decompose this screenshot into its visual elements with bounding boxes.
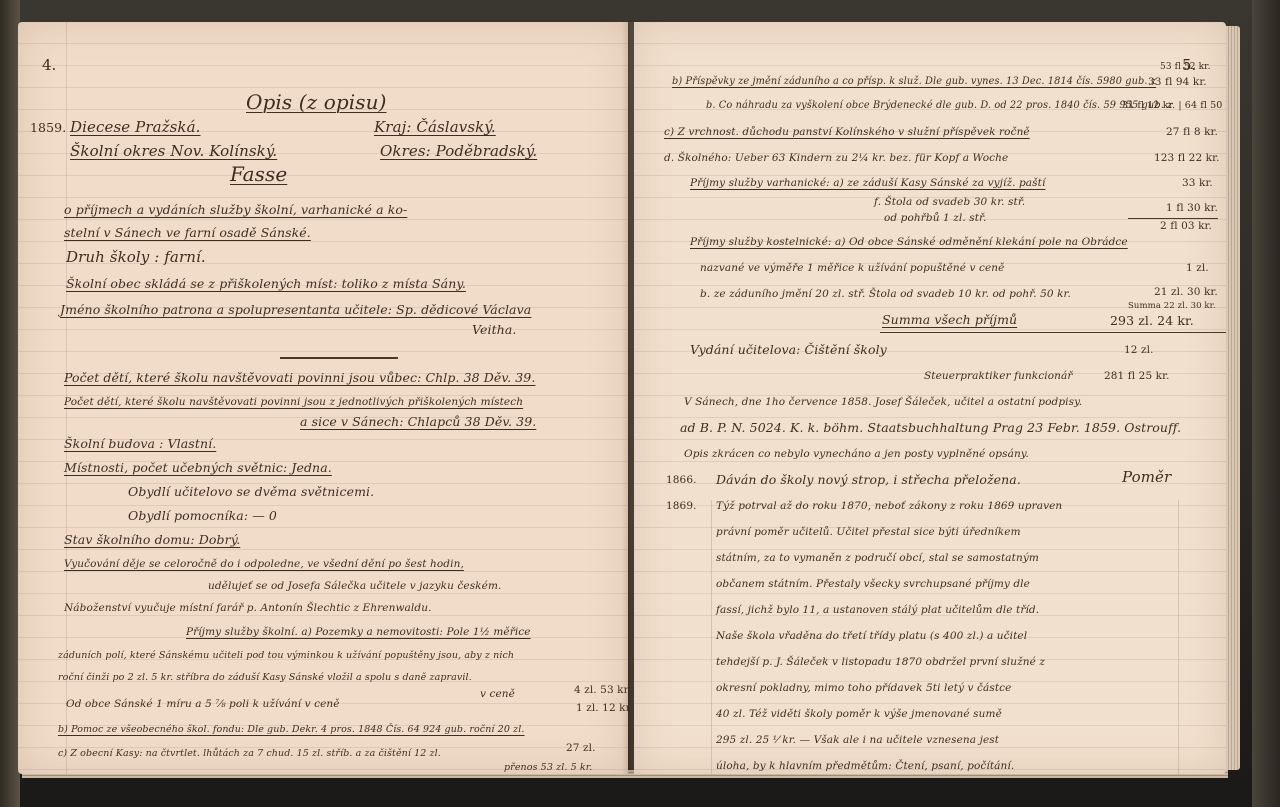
divider xyxy=(1128,218,1218,219)
text-line: Obydlí pomocníka: — 0 xyxy=(128,508,277,523)
book-cover-left-edge xyxy=(0,0,20,807)
text-line: Obydlí učitelovo se dvěma světnicemi. xyxy=(128,484,374,499)
chronicle-tag: Poměr xyxy=(1122,468,1171,486)
text-line: c) Z obecní Kasy: na čtvrtlet. lhůtách z… xyxy=(58,748,441,759)
text-line: záduních polí, které Sánskému učiteli po… xyxy=(58,650,514,661)
text-line: b. ze záduního jmění 20 zl. stř. Štola o… xyxy=(700,288,1071,300)
chronicle-text: 40 zl. Též viděti školy poměr k výše jme… xyxy=(716,708,1002,720)
book-cover-right-edge xyxy=(1252,0,1280,807)
chronicle-year: 1869. xyxy=(666,500,697,512)
amount: 281 fl 25 kr. xyxy=(1104,370,1170,382)
text-line: Steuerpraktiker funkcionář xyxy=(924,370,1072,382)
text-line: b) Příspěvky ze jmění záduního a co přís… xyxy=(672,76,1156,87)
text-line: Vyučování děje se celoročně do i odpoled… xyxy=(64,558,464,570)
amount: 12 zl. xyxy=(1124,344,1154,356)
v-cene-label: v ceně xyxy=(480,688,515,700)
chronicle-text: okresní pokladny, mimo toho přídavek 5ti… xyxy=(716,682,1011,694)
prenos-carryover: přenos 53 zl. 5 kr. xyxy=(504,762,592,773)
amount: 27 zl. xyxy=(566,742,596,754)
text-line: Od obce Sánské 1 míru a 5 ⅞ poli k užívá… xyxy=(66,698,340,710)
amount: 1 zl. xyxy=(1186,262,1209,274)
chronicle-text: Naše škola vřaděna do třetí třídy platu … xyxy=(716,630,1027,642)
chronicle-text: občanem státním. Přestaly všecky svrchup… xyxy=(716,578,1030,590)
chronicle-text: úloha, by k hlavním předmětům: Čtení, ps… xyxy=(716,760,1014,772)
chronicle-text: státním, za to vymaněn z područí obcí, s… xyxy=(716,552,1039,564)
text-line: stelní v Sánech ve farní osadě Sánské. xyxy=(64,225,311,240)
text-line: roční činži po 2 zl. 5 kr. stříbra do zá… xyxy=(58,672,472,683)
signature-line: V Sánech, dne 1ho července 1858. Josef Š… xyxy=(684,396,1082,408)
text-line: Jméno školního patrona a spolupresentant… xyxy=(60,302,531,317)
subtitle-fasse: Fasse xyxy=(230,162,287,186)
right-page: 5. b) Příspěvky ze jmění záduního a co p… xyxy=(634,22,1226,774)
chronicle-text: Týž potrval až do roku 1870, neboť zákon… xyxy=(716,500,1062,512)
year-margin: 1859. xyxy=(30,120,66,135)
chronicle-text: právní poměr učitelů. Učitel přestal sic… xyxy=(716,526,1021,538)
text-line: Počet dětí, které školu navštěvovati pov… xyxy=(64,396,523,408)
amount-total: 293 zl. 24 kr. xyxy=(1110,313,1194,328)
amount: 1 fl 30 kr. xyxy=(1166,202,1218,214)
page-stack-edge xyxy=(1226,26,1240,770)
amount: 4 zl. 53 kr. xyxy=(574,684,628,696)
text-line: Školní obec skládá se z přiškolených mís… xyxy=(66,276,466,291)
divider xyxy=(280,357,398,359)
left-page: 4. Opis (z opisu) 1859. Diecese Pražská.… xyxy=(18,22,628,774)
amount: 33 fl 94 kr. xyxy=(1148,76,1207,88)
text-line: nazvané ve výměře 1 měřice k užívání pop… xyxy=(700,262,1004,274)
amount: 123 fl 22 kr. xyxy=(1154,152,1220,164)
header-district: Okres: Poděbradský. xyxy=(380,142,537,160)
text-line: Veitha. xyxy=(472,322,516,337)
text-line: Opis zkrácen co nebylo vynecháno a jen p… xyxy=(684,448,1029,460)
text-line: Příjmy služby kostelnické: a) Od obce Sá… xyxy=(690,236,1128,248)
text-line: f. Štola od svadeb 30 kr. stř. xyxy=(874,196,1025,208)
amount: 27 fl 8 kr. xyxy=(1166,126,1218,138)
page-number: 4. xyxy=(42,56,56,74)
text-line: Druh školy : farní. xyxy=(66,248,206,266)
divider xyxy=(880,332,1226,333)
page-title: Opis (z opisu) xyxy=(246,90,387,114)
chronicle-text: tehdejší p. J. Šáleček v listopadu 1870 … xyxy=(716,656,1045,668)
summa-label: Summa všech příjmů xyxy=(882,312,1017,327)
amount: 1 zl. 12 kr. xyxy=(576,702,628,714)
chronicle-text: Dáván do školy nový strop, i střecha pře… xyxy=(716,472,1021,487)
text-line: d. Školného: Ueber 63 Kindern zu 2¼ kr. … xyxy=(664,152,1008,164)
text-line: Stav školního domu: Dobrý. xyxy=(64,532,240,547)
text-line: o příjmech a vydáních služby školní, var… xyxy=(64,202,407,217)
chronicle-text: fassí, jichž bylo 11, a ustanoven stálý … xyxy=(716,604,1039,616)
text-line: od pohřbů 1 zl. stř. xyxy=(884,212,986,224)
text-line: b. Co náhradu za vyškolení obce Brýdenec… xyxy=(706,100,1172,111)
text-line: Příjmy služby školní. a) Pozemky a nemov… xyxy=(186,626,531,638)
text-line: c) Z vrchnost. důchodu panství Kolínskéh… xyxy=(664,126,1030,138)
amount-summa: Summa 22 zl. 30 kr. xyxy=(1128,301,1216,311)
amount: 53 fl 52 kr. xyxy=(1160,62,1211,72)
amount: 2 fl 03 kr. xyxy=(1160,220,1212,232)
text-line: b) Pomoc ze všeobecného škol. fondu: Dle… xyxy=(58,724,524,735)
text-line: Vydání učitelova: Čištění školy xyxy=(690,342,887,357)
text-line: Náboženství vyučuje místní farář p. Anto… xyxy=(64,602,432,614)
text-line: Místnosti, počet učebných světnic: Jedna… xyxy=(64,460,332,475)
text-line: a sice v Sánech: Chlapců 38 Děv. 39. xyxy=(300,414,536,429)
header-diocese: Diecese Pražská. xyxy=(70,118,201,136)
header-region: Kraj: Čáslavský. xyxy=(374,118,496,136)
header-school-district: Školní okres Nov. Kolínský. xyxy=(70,142,277,160)
chronicle-year: 1866. xyxy=(666,474,697,486)
text-line: Školní budova : Vlastní. xyxy=(64,436,216,451)
archive-reference: ad B. P. N. 5024. K. k. böhm. Staatsbuch… xyxy=(680,420,1181,435)
amount: 21 zl. 30 kr. xyxy=(1154,286,1218,298)
text-line: udělujeť se od Josefa Sálečka učitele v … xyxy=(208,580,501,592)
amount: 33 kr. xyxy=(1182,177,1213,189)
chronicle-text: 295 zl. 25 ⅟ kr. — Však ale i na učitele… xyxy=(716,734,999,746)
text-line: Příjmy služby varhanické: a) ze záduší K… xyxy=(690,177,1045,189)
text-line: Počet dětí, které školu navštěvovati pov… xyxy=(64,370,535,385)
amount: 31 fl 12 kr. | 64 fl 50 kr. xyxy=(1122,100,1226,111)
